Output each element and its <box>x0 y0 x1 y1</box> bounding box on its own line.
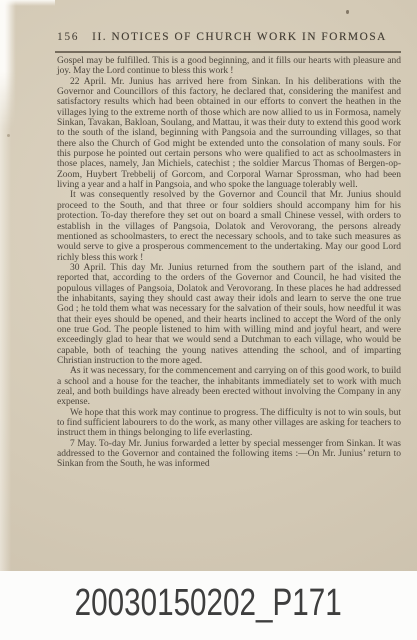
body-paragraph: 22 April. Mr. Junius has arrived here fr… <box>57 77 401 191</box>
paper-top-highlight <box>0 0 55 6</box>
body-paragraph: We hope that this work may continue to p… <box>57 408 401 439</box>
paper-speck <box>346 10 349 14</box>
body-paragraph: 7 May. To-day Mr. Junius forwarded a let… <box>57 439 401 470</box>
body-paragraph: As it was necessary, for the commencemen… <box>57 366 401 407</box>
page-body: Gospel may be fulfilled. This is a good … <box>57 56 401 470</box>
body-paragraph: It was consequently resolved by the Gove… <box>57 190 401 262</box>
page-number: 156 <box>57 31 79 43</box>
running-title: II. NOTICES OF CHURCH WORK IN FORMOSA <box>79 31 400 43</box>
scan-footer-strip: 20030150202_P171 <box>0 571 417 640</box>
header-rule <box>55 51 401 53</box>
paper-edge-highlight <box>0 0 14 571</box>
paper-speck <box>7 134 10 137</box>
scanned-book-page: 156 II. NOTICES OF CHURCH WORK IN FORMOS… <box>0 0 417 640</box>
running-head: 156 II. NOTICES OF CHURCH WORK IN FORMOS… <box>57 31 400 43</box>
book-page-paper: 156 II. NOTICES OF CHURCH WORK IN FORMOS… <box>0 0 417 571</box>
body-paragraph: 30 April. This day Mr. Junius returned f… <box>57 263 401 366</box>
paper-corner-highlight <box>0 0 16 130</box>
scan-id-label: 20030150202_P171 <box>75 582 342 625</box>
body-paragraph: Gospel may be fulfilled. This is a good … <box>57 56 401 77</box>
